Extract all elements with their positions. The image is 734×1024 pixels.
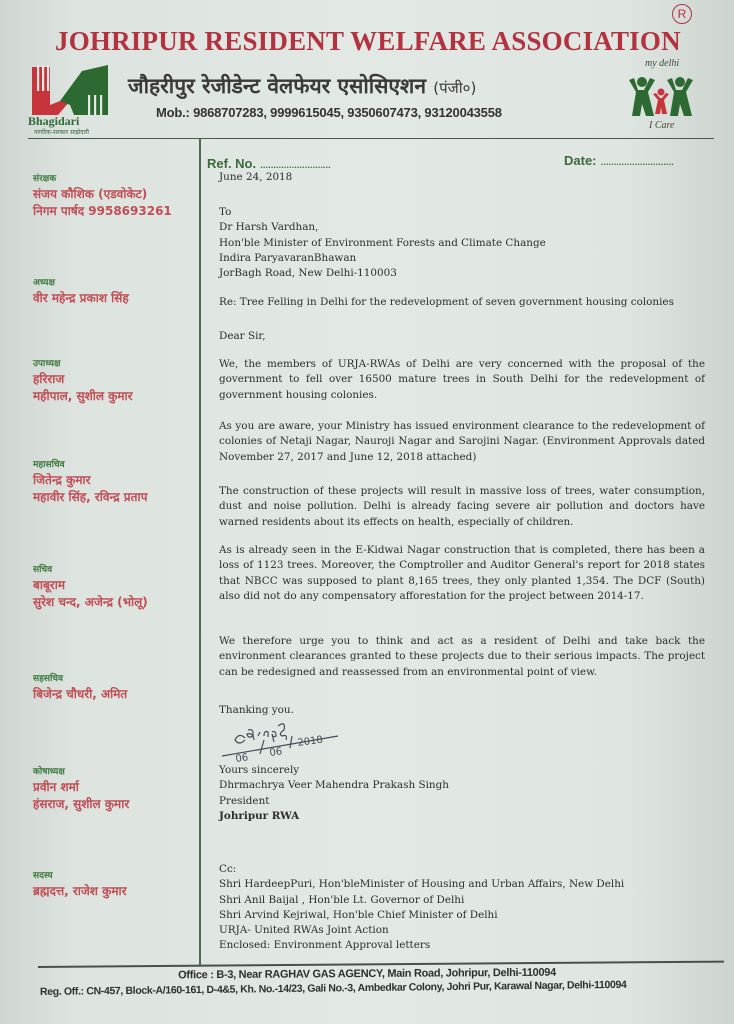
subject-line: Re: Tree Felling in Delhi for the redeve…: [219, 295, 705, 310]
recipient-line: Hon'ble Minister of Environment Forests …: [219, 236, 705, 251]
org-name-english: JOHRIPUR RESIDENT WELFARE ASSOCIATION: [55, 26, 681, 57]
body-paragraph: We, the members of URJA-RWAs of Delhi ar…: [219, 357, 705, 403]
bhagidari-sublabel: नागरिक-सरकार साझेदारी: [34, 128, 89, 136]
member-name: प्रवीन शर्मा: [33, 779, 198, 796]
sidebar-section-patron: संरक्षक संजय कौशिक (एडवोकेट) निगम पार्षद…: [33, 171, 198, 220]
role-label: कोषाध्यक्ष: [33, 764, 198, 777]
date-label: Date:: [564, 153, 597, 168]
member-name: निगम पार्षद 9958693261: [33, 203, 198, 220]
role-label: सहसचिव: [33, 671, 198, 684]
recipient-line: Indira ParyavaranBhawan: [219, 251, 705, 266]
sidebar-section-secretary: सचिव बाबूराम सुरेश चन्द, अजेन्द्र (भोलू): [33, 562, 198, 611]
my-delhi-label: my delhi: [645, 58, 679, 69]
signatory-name: Dhrmachrya Veer Mahendra Prakash Singh: [219, 778, 705, 793]
registered-trademark-icon: R: [672, 4, 692, 24]
svg-text:06: 06: [269, 746, 283, 759]
member-name: हरिराज: [33, 371, 198, 388]
i-care-label: I Care: [649, 120, 674, 131]
member-name: जितेन्द्र कुमार: [33, 472, 198, 489]
cc-recipient: URJA- United RWAs Joint Action: [219, 923, 705, 938]
member-name: संजय कौशिक (एडवोकेट): [33, 186, 198, 203]
ref-dots: ...........................: [260, 156, 331, 171]
to-label: To: [219, 205, 705, 220]
salutation: Dear Sir,: [219, 329, 705, 344]
my-delhi-i-care-logo-icon: [626, 76, 696, 120]
cc-block: Cc: Shri HardeepPuri, Hon'bleMinister of…: [219, 862, 705, 954]
member-name: वीर महेन्द्र प्रकाश सिंह: [33, 290, 198, 307]
org-name-hindi: जौहरीपुर रेजीडेन्ट वेलफेयर एसोसिएशन (पंज…: [128, 72, 476, 100]
cc-recipient: Shri HardeepPuri, Hon'bleMinister of Hou…: [219, 877, 705, 892]
closing: Thanking you.: [219, 703, 705, 718]
recipient-block: To Dr Harsh Vardhan, Hon'ble Minister of…: [219, 205, 705, 281]
header-divider: [28, 138, 714, 139]
sidebar-section-president: अध्यक्ष वीर महेन्द्र प्रकाश सिंह: [33, 275, 198, 307]
member-name: बिजेन्द्र चौधरी, अमित: [33, 686, 198, 703]
sidebar-section-members: सदस्य ब्रह्मदत्त, राजेश कुमार: [33, 868, 198, 900]
sign-off: Yours sincerely: [219, 763, 705, 778]
role-label: महासचिव: [33, 457, 198, 470]
column-divider: [199, 139, 201, 965]
sidebar-section-treasurer: कोषाध्यक्ष प्रवीन शर्मा हंसराज, सुशील कु…: [33, 764, 198, 813]
handwritten-signature-icon: 06 06 2018: [220, 718, 350, 768]
role-label: संरक्षक: [33, 171, 198, 184]
role-label: अध्यक्ष: [33, 275, 198, 288]
member-name: ब्रह्मदत्त, राजेश कुमार: [33, 883, 198, 900]
ref-number-field: Ref. No. ...........................: [207, 156, 330, 171]
role-label: सदस्य: [33, 868, 198, 881]
signatory-title: President: [219, 794, 705, 809]
role-label: सचिव: [33, 562, 198, 575]
mobile-numbers: Mob.: 9868707283, 9999615045, 9350607473…: [156, 105, 502, 120]
sidebar-section-general-secretary: महासचिव जितेन्द्र कुमार महावीर सिंह, रवि…: [33, 457, 198, 506]
svg-text:2018: 2018: [297, 735, 324, 749]
recipient-line: Dr Harsh Vardhan,: [219, 220, 705, 235]
role-label: उपाध्यक्ष: [33, 356, 198, 369]
member-name: महीपाल, सुशील कुमार: [33, 388, 198, 405]
body-paragraph: The construction of these projects will …: [219, 484, 705, 530]
org-name-hindi-suffix: (पंजी०): [433, 79, 476, 97]
body-paragraph: We therefore urge you to think and act a…: [219, 634, 705, 680]
registered-office-address: Reg. Off.: CN-457, Block-A/160-161, D-4&…: [40, 979, 627, 998]
member-name: बाबूराम: [33, 577, 198, 594]
recipient-line: JorBagh Road, New Delhi-110003: [219, 266, 705, 281]
sidebar-section-joint-secretary: सहसचिव बिजेन्द्र चौधरी, अमित: [33, 671, 198, 703]
date-dots: ............................: [600, 153, 673, 168]
date-field: Date: ............................: [564, 153, 673, 168]
member-name: सुरेश चन्द, अजेन्द्र (भोलू): [33, 594, 198, 611]
signature-block: Yours sincerely Dhrmachrya Veer Mahendra…: [219, 763, 705, 824]
body-paragraph: As you are aware, your Ministry has issu…: [219, 419, 705, 465]
org-name-hindi-text: जौहरीपुर रेजीडेन्ट वेलफेयर एसोसिएशन: [128, 74, 426, 98]
sidebar-section-vice-president: उपाध्यक्ष हरिराज महीपाल, सुशील कुमार: [33, 356, 198, 405]
bhagidari-label: Bhagidari: [28, 114, 79, 129]
enclosures: Enclosed: Environment Approval letters: [219, 938, 705, 953]
body-paragraph: As is already seen in the E-Kidwai Nagar…: [219, 543, 705, 604]
letter-date: June 24, 2018: [219, 170, 705, 185]
ref-label: Ref. No.: [207, 156, 256, 171]
member-name: हंसराज, सुशील कुमार: [33, 796, 198, 813]
member-name: महावीर सिंह, रविन्द्र प्रताप: [33, 489, 198, 506]
signatory-organization: Johripur RWA: [219, 809, 705, 824]
cc-label: Cc:: [219, 862, 705, 877]
cc-recipient: Shri Arvind Kejriwal, Hon'ble Chief Mini…: [219, 908, 705, 923]
cc-recipient: Shri Anil Baijal , Hon'ble Lt. Governor …: [219, 893, 705, 908]
